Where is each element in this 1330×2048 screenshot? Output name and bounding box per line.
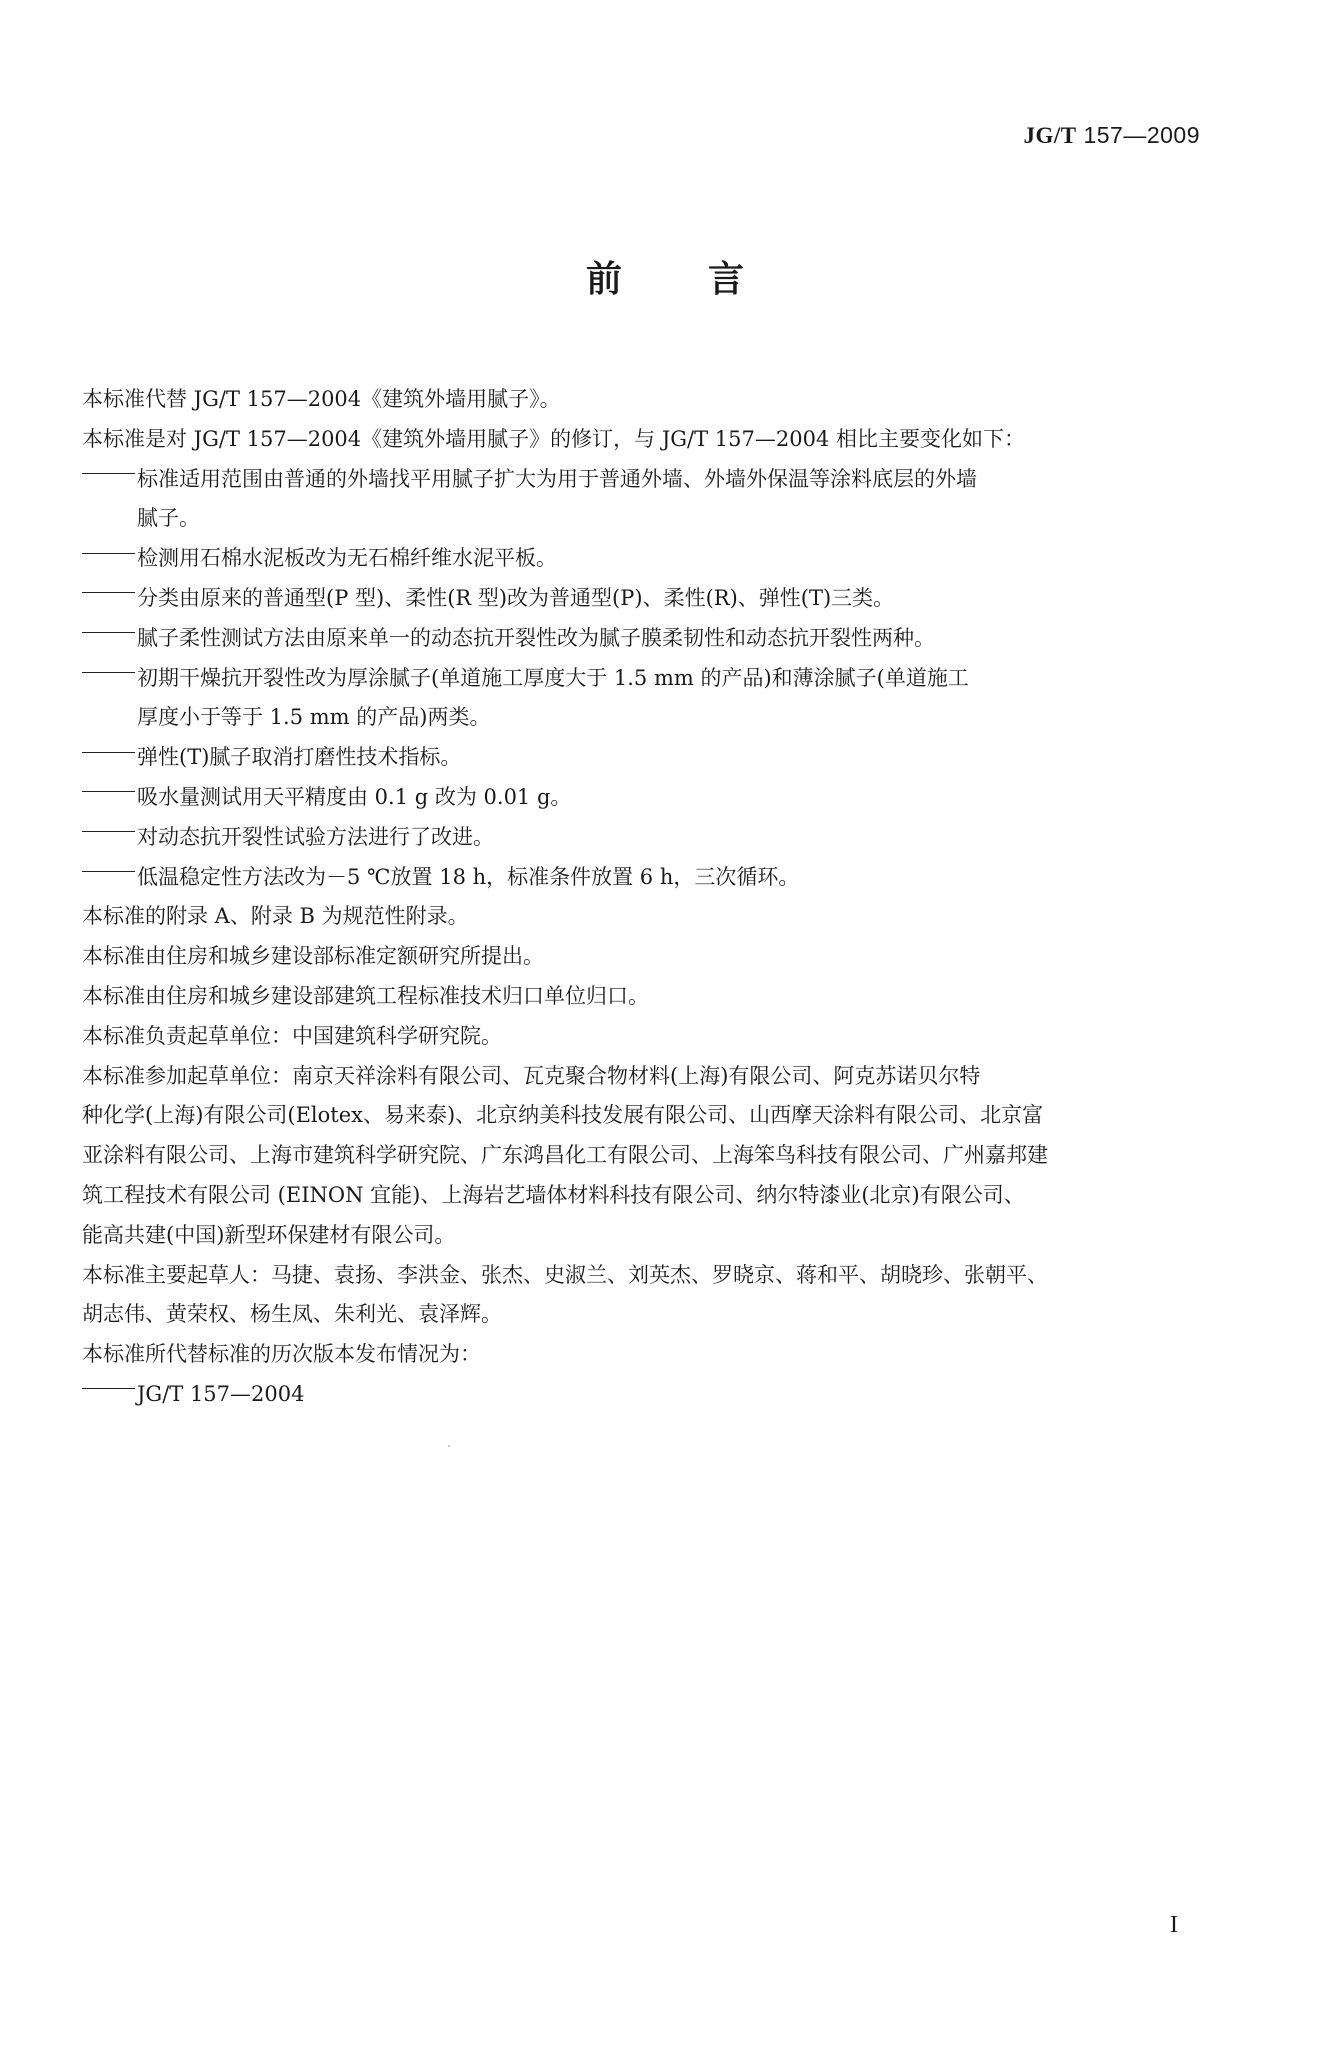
page-title: 前言 [0,258,1330,302]
paragraph-line: 本标准的附录 A、附录 B 为规范性附录。 [82,897,1207,937]
paragraph-line: 本标准代替 JG/T 157—2004《建筑外墙用腻子》。 [82,380,1207,420]
scan-speck [448,1445,450,1447]
em-dash-bullet-icon [82,559,137,561]
paragraph-line: 本标准所代替标准的历次版本发布情况为： [82,1335,1207,1375]
paragraph-line: 本标准由住房和城乡建设部建筑工程标准技术归口单位归口。 [82,977,1207,1017]
paragraph-line: 本标准由住房和城乡建设部标准定额研究所提出。 [82,937,1207,977]
paragraph-wrap-line: 胡志伟、黄荣权、杨生凤、朱利光、袁泽辉。 [82,1295,1207,1335]
em-dash-bullet-icon [82,479,137,481]
change-item: 腻子柔性测试方法由原来单一的动态抗开裂性改为腻子膜柔韧性和动态抗开裂性两种。 [82,619,1207,659]
paragraph-wrap-line: 能高共建(中国)新型环保建材有限公司。 [82,1216,1207,1256]
change-item: 低温稳定性方法改为－5 ℃放置 18 h，标准条件放置 6 h，三次循环。 [82,858,1207,898]
standard-code-prefix: JG/T [1023,123,1076,148]
paragraph-wrap-line: 亚涂料有限公司、上海市建筑科学研究院、广东鸿昌化工有限公司、上海笨鸟科技有限公司… [82,1136,1207,1176]
standard-code-number: 157—2009 [1077,122,1200,148]
page-number: I [1170,1912,1178,1939]
title-char-2: 言 [708,258,744,302]
paragraph-line: 本标准参加起草单位：南京天祥涂料有限公司、瓦克聚合物材料(上海)有限公司、阿克苏… [82,1057,1207,1097]
paragraph-wrap-line: 筑工程技术有限公司 (EINON 宜能)、上海岩艺墙体材料科技有限公司、纳尔特漆… [82,1176,1207,1216]
change-item: 吸水量测试用天平精度由 0.1 g 改为 0.01 g。 [82,778,1207,818]
em-dash-bullet-icon [82,638,137,640]
change-item: 初期干燥抗开裂性改为厚涂腻子(单道施工厚度大于 1.5 mm 的产品)和薄涂腻子… [82,659,1207,699]
change-item-continuation: 腻子。 [82,499,1207,539]
em-dash-bullet-icon [82,758,137,760]
change-item: 标准适用范围由普通的外墙找平用腻子扩大为用于普通外墙、外墙外保温等涂料底层的外墙 [82,460,1207,500]
em-dash-bullet-icon [82,797,137,799]
em-dash-bullet-icon [82,678,137,680]
change-item: 检测用石棉水泥板改为无石棉纤维水泥平板。 [82,539,1207,579]
paragraph-line: 本标准负责起草单位：中国建筑科学研究院。 [82,1017,1207,1057]
em-dash-bullet-icon [82,598,137,600]
paragraph-line: 本标准是对 JG/T 157—2004《建筑外墙用腻子》的修订，与 JG/T 1… [82,420,1207,460]
change-item-continuation: 厚度小于等于 1.5 mm 的产品)两类。 [82,698,1207,738]
em-dash-bullet-icon [82,877,137,879]
paragraph-line: 本标准主要起草人：马捷、袁扬、李洪金、张杰、史淑兰、刘英杰、罗晓京、蒋和平、胡晓… [82,1256,1207,1296]
em-dash-bullet-icon [82,837,137,839]
title-char-1: 前 [586,258,622,302]
change-item: 分类由原来的普通型(P 型)、柔性(R 型)改为普通型(P)、柔性(R)、弹性(… [82,579,1207,619]
paragraph-wrap-line: 种化学(上海)有限公司(Elotex、易来泰)、北京纳美科技发展有限公司、山西摩… [82,1096,1207,1136]
em-dash-bullet-icon [82,1394,137,1396]
standard-code: JG/T 157—2009 [1023,122,1200,149]
foreword-body: 本标准代替 JG/T 157—2004《建筑外墙用腻子》。 本标准是对 JG/T… [82,380,1207,1415]
change-item: 弹性(T)腻子取消打磨性技术指标。 [82,738,1207,778]
history-item: JG/T 157—2004 [82,1375,1207,1415]
change-item: 对动态抗开裂性试验方法进行了改进。 [82,818,1207,858]
